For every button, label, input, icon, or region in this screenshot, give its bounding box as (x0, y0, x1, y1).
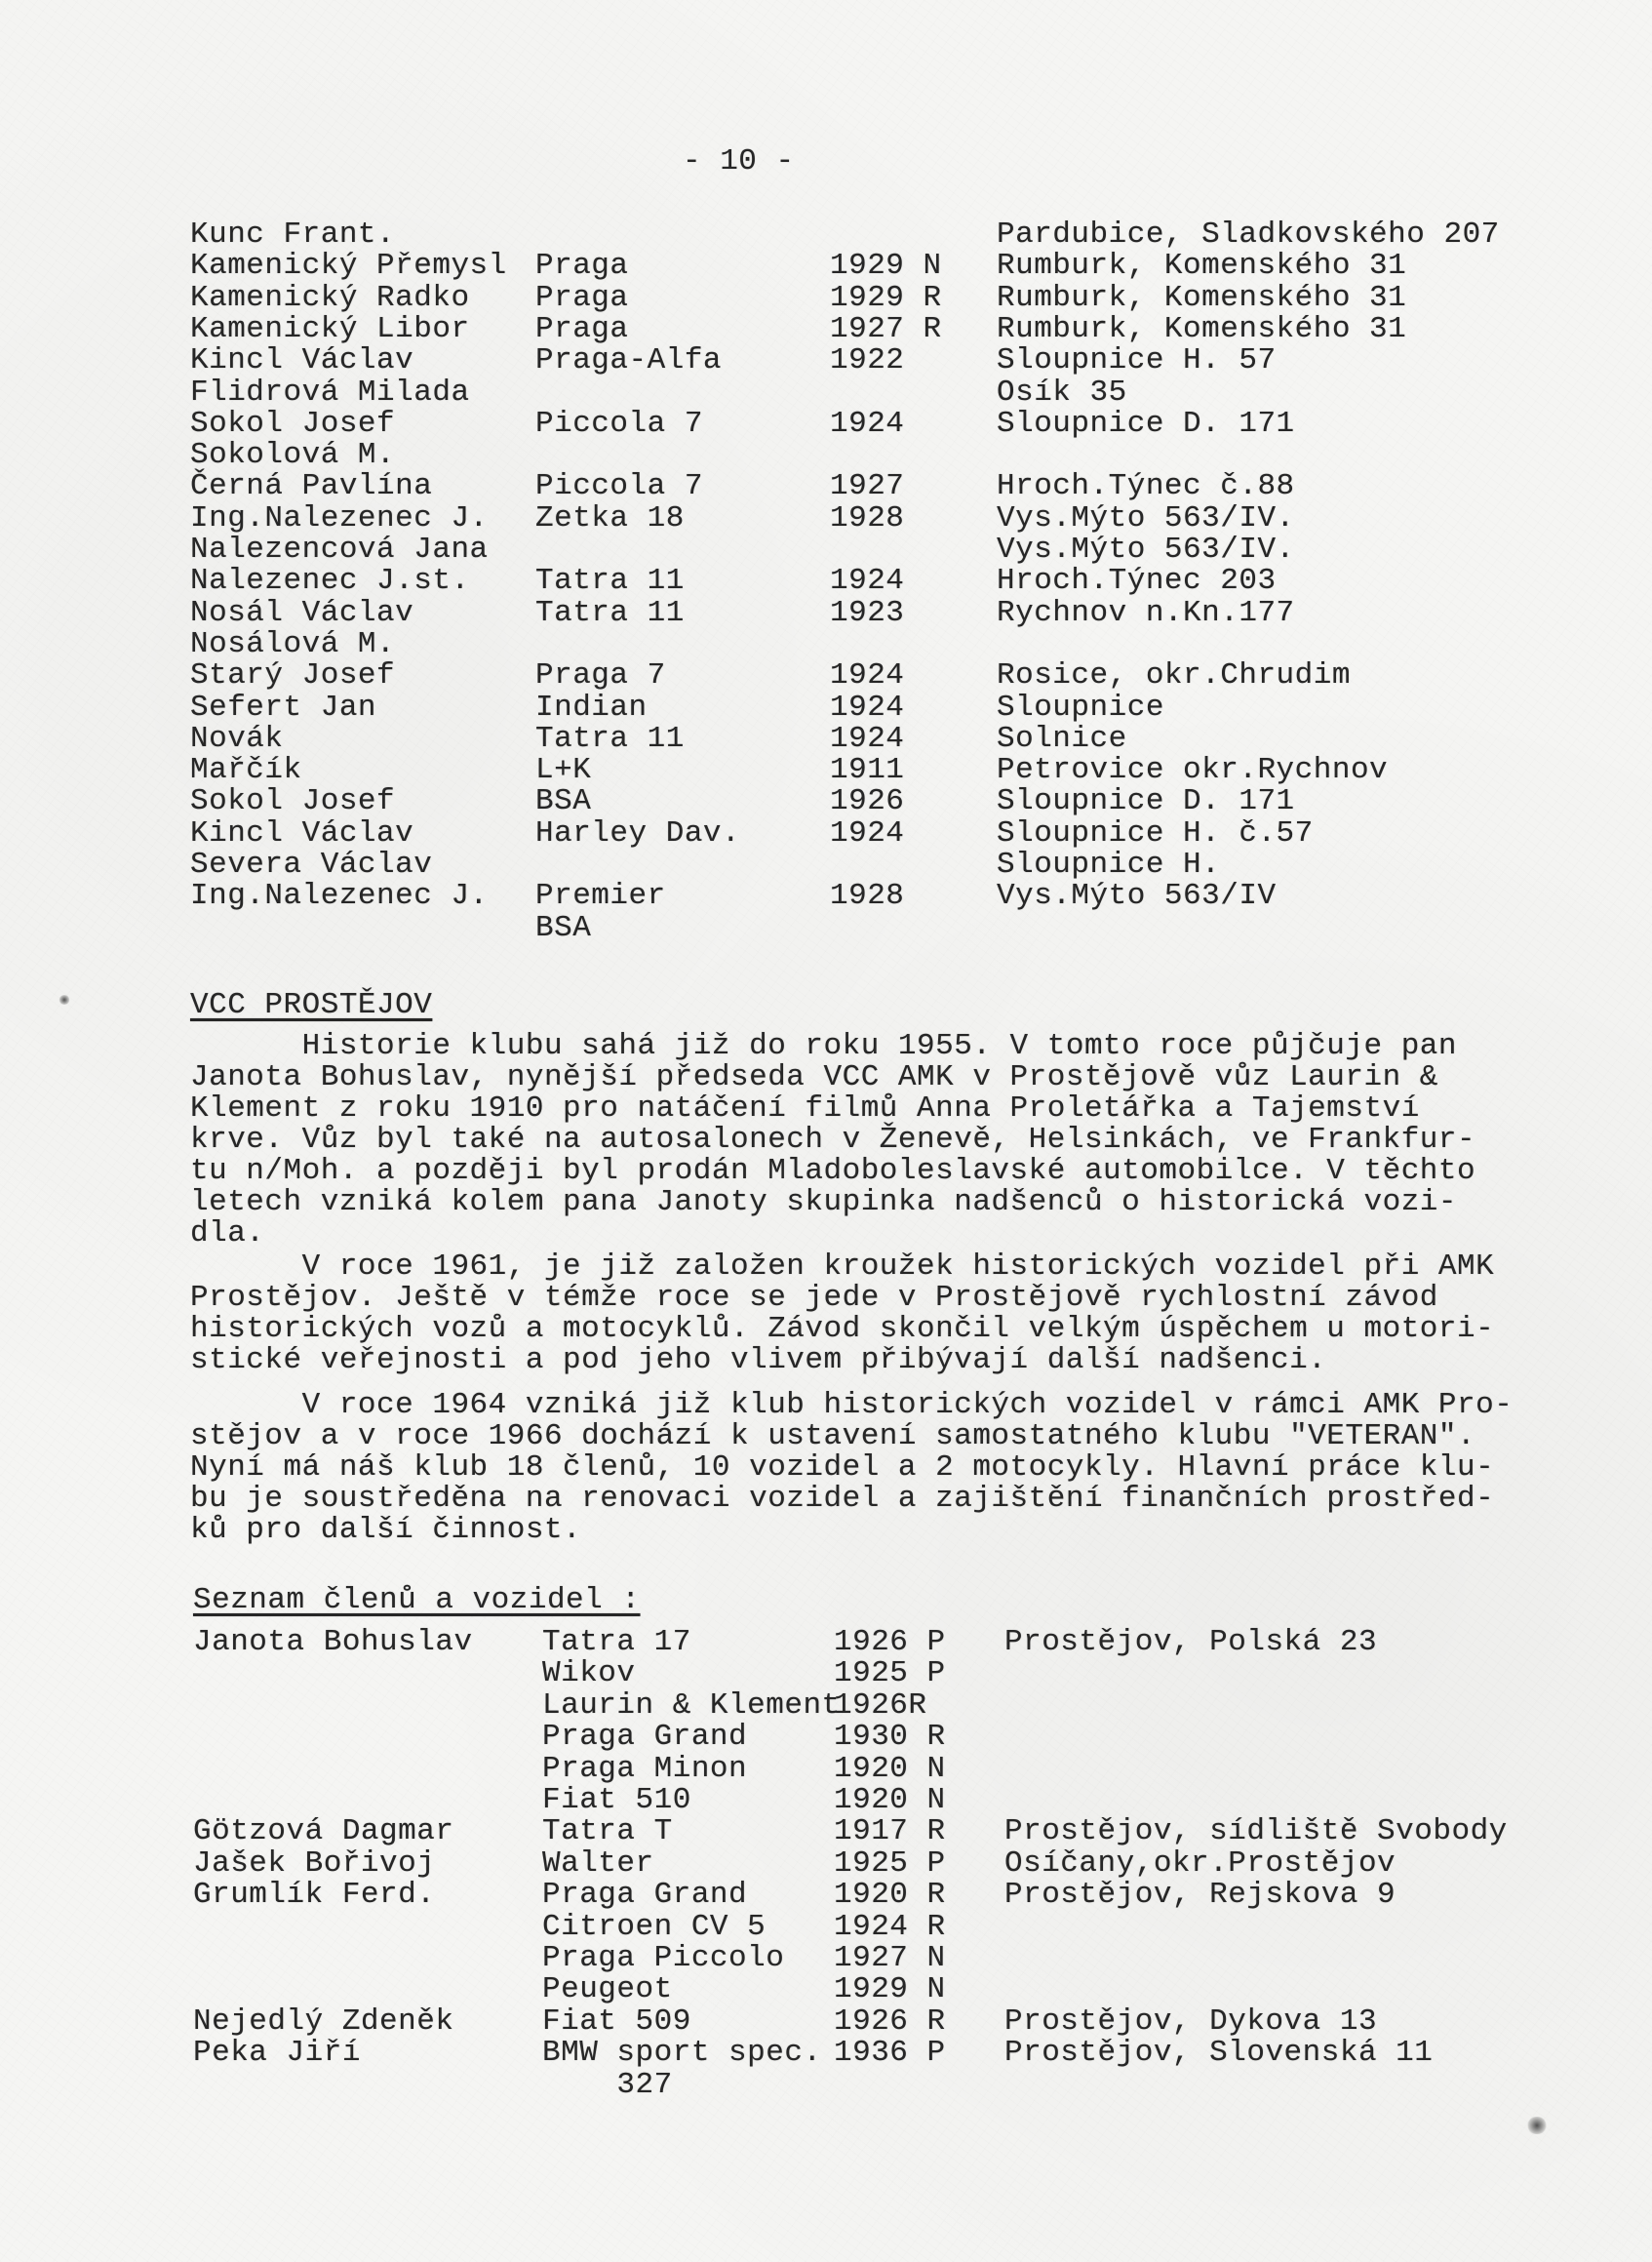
table-row: Fiat 5101920 N (0, 1785, 1652, 1816)
paragraph-line: Janota Bohuslav, nynější předseda VCC AM… (190, 1062, 1516, 1093)
cell-vehicle: Piccola 7 (535, 409, 703, 440)
member-vehicle: Praga Piccolo (542, 1943, 784, 1974)
cell-vehicle: BSA (535, 786, 591, 817)
member-list-heading: Seznam členů a vozidel : (193, 1585, 640, 1616)
member-address: Prostějov, Dykova 13 (1004, 2006, 1377, 2038)
cell-address: Vys.Mýto 563/IV. (997, 503, 1295, 535)
cell-year: 1924 (830, 566, 904, 597)
member-vehicle: Wikov (542, 1658, 636, 1689)
table-row: Nalezencová JanaVys.Mýto 563/IV. (0, 535, 1652, 566)
cell-address: Rumburk, Komenského 31 (997, 283, 1406, 314)
table-row: Kamenický RadkoPraga1929 RRumburk, Komen… (0, 283, 1652, 314)
history-paragraph-2: V roce 1961, je již založen kroužek hist… (190, 1251, 1516, 1376)
paragraph-line: bu je soustředěna na renovaci vozidel a … (190, 1484, 1516, 1515)
paragraph-line: dla. (190, 1218, 1516, 1250)
member-name: Grumlík Ferd. (193, 1880, 435, 1911)
table-row: NovákTatra 111924Solnice (0, 724, 1652, 755)
cell-vehicle: Zetka 18 (535, 503, 685, 535)
cell-address: Rumburk, Komenského 31 (997, 314, 1406, 345)
table-row: Starý JosefPraga 71924Rosice, okr.Chrudi… (0, 660, 1652, 692)
paragraph-line: Prostějov. Ještě v témže roce se jede v … (190, 1283, 1516, 1314)
paragraph-line: stické veřejnosti a pod jeho vlivem přib… (190, 1345, 1516, 1376)
member-year: 1925 P (834, 1658, 946, 1689)
table-row: Severa VáclavSloupnice H. (0, 850, 1652, 881)
table-row: Nejedlý ZdeněkFiat 5091926 RProstějov, D… (0, 2006, 1652, 2038)
member-year: 1936 P (834, 2038, 946, 2069)
cell-address: Pardubice, Sladkovského 207 (997, 219, 1500, 251)
table-row: Kincl VáclavPraga-Alfa1922Sloupnice H. 5… (0, 345, 1652, 377)
cell-name: Sokolová M. (190, 440, 395, 471)
cell-name: Kamenický Přemysl (190, 251, 507, 282)
paragraph-line: Nyní má náš klub 18 členů, 10 vozidel a … (190, 1452, 1516, 1484)
member-address: Prostějov, sídliště Svobody (1004, 1816, 1508, 1847)
table-row: Peka JiříBMW sport spec.1936 PProstějov,… (0, 2038, 1652, 2069)
member-name: Peka Jiří (193, 2038, 361, 2069)
cell-year: 1927 (830, 471, 904, 502)
section-heading: VCC PROSTĚJOV (190, 990, 432, 1021)
paragraph-line: Klement z roku 1910 pro natáčení filmů A… (190, 1093, 1516, 1125)
cell-name: Sokol Josef (190, 786, 395, 817)
member-year: 1930 R (834, 1722, 946, 1753)
cell-address: Solnice (997, 724, 1127, 755)
member-vehicle: BMW sport spec. (542, 2038, 822, 2069)
cell-name: Kincl Václav (190, 818, 413, 850)
member-address: Prostějov, Polská 23 (1004, 1627, 1377, 1658)
cell-name: Kunc Frant. (190, 219, 395, 251)
history-paragraph-3: V roce 1964 vzniká již klub historických… (190, 1390, 1516, 1546)
member-address: Osíčany,okr.Prostějov (1004, 1848, 1396, 1880)
cell-name: Mařčík (190, 755, 302, 786)
ink-speck (1526, 2117, 1548, 2134)
cell-vehicle: Praga 7 (535, 660, 666, 692)
cell-year: 1929 N (830, 251, 942, 282)
member-address: Prostějov, Slovenská 11 (1004, 2038, 1433, 2069)
table-row: Kunc Frant.Pardubice, Sladkovského 207 (0, 219, 1652, 251)
cell-address: Sloupnice H. 57 (997, 345, 1277, 377)
cell-name: Starý Josef (190, 660, 395, 692)
cell-name: Ing.Nalezenec J. (190, 503, 489, 535)
table-row: 327 (0, 2070, 1652, 2101)
table-row: Nosál VáclavTatra 111923Rychnov n.Kn.177 (0, 598, 1652, 629)
table-row: Jašek BořivojWalter1925 POsíčany,okr.Pro… (0, 1848, 1652, 1880)
cell-year: 1924 (830, 724, 904, 755)
table-row: MařčíkL+K1911Petrovice okr.Rychnov (0, 755, 1652, 786)
cell-address: Sloupnice H. č.57 (997, 818, 1314, 850)
cell-name: Flidrová Milada (190, 377, 470, 409)
paragraph-line: V roce 1961, je již založen kroužek hist… (190, 1251, 1516, 1283)
cell-address: Rychnov n.Kn.177 (997, 598, 1295, 629)
member-year: 1926 P (834, 1627, 946, 1658)
table-row: Sokol JosefPiccola 71924Sloupnice D. 171 (0, 409, 1652, 440)
cell-address: Sloupnice (997, 693, 1164, 724)
table-row: Kincl VáclavHarley Dav.1924Sloupnice H. … (0, 818, 1652, 850)
cell-name: Sefert Jan (190, 693, 376, 724)
table-row: Peugeot1929 N (0, 1974, 1652, 2005)
cell-vehicle: Tatra 11 (535, 598, 685, 629)
cell-name: Nalezenec J.st. (190, 566, 470, 597)
cell-vehicle: Praga-Alfa (535, 345, 722, 377)
member-year: 1927 N (834, 1943, 946, 1974)
table-row: Praga Grand1930 R (0, 1722, 1652, 1753)
cell-name: Kincl Václav (190, 345, 413, 377)
member-address: Prostějov, Rejskova 9 (1004, 1880, 1396, 1911)
member-year: 1920 N (834, 1754, 946, 1785)
cell-vehicle: Praga (535, 251, 629, 282)
paragraph-line: tu n/Moh. a později byl prodán Mladobole… (190, 1156, 1516, 1187)
cell-year: 1926 (830, 786, 904, 817)
cell-vehicle: Piccola 7 (535, 471, 703, 502)
member-year: 1917 R (834, 1816, 946, 1847)
cell-name: Nalezencová Jana (190, 535, 489, 566)
table-row: Ing.Nalezenec J.Zetka 181928Vys.Mýto 563… (0, 503, 1652, 535)
cell-address: Sloupnice H. (997, 850, 1220, 881)
table-row: Janota BohuslavTatra 171926 PProstějov, … (0, 1627, 1652, 1658)
member-year: 1920 N (834, 1785, 946, 1816)
member-vehicle: Fiat 509 (542, 2006, 691, 2038)
member-year: 1926R (834, 1690, 927, 1722)
table-row: Grumlík Ferd.Praga Grand1920 RProstějov,… (0, 1880, 1652, 1911)
cell-year: 1924 (830, 818, 904, 850)
cell-address: Sloupnice D. 171 (997, 786, 1295, 817)
cell-name: Kamenický Radko (190, 283, 470, 314)
table-row: Flidrová MiladaOsík 35 (0, 377, 1652, 409)
cell-vehicle: Premier (535, 881, 666, 912)
member-year: 1925 P (834, 1848, 946, 1880)
table-row: Nosálová M. (0, 629, 1652, 660)
cell-vehicle: Harley Dav. (535, 818, 740, 850)
table-row: Černá PavlínaPiccola 71927Hroch.Týnec č.… (0, 471, 1652, 502)
member-vehicle: Citroen CV 5 (542, 1912, 766, 1943)
table-row: BSA (0, 913, 1652, 944)
table-row: Kamenický PřemyslPraga1929 NRumburk, Kom… (0, 251, 1652, 282)
cell-address: Sloupnice D. 171 (997, 409, 1295, 440)
cell-address: Rumburk, Komenského 31 (997, 251, 1406, 282)
member-name: Janota Bohuslav (193, 1627, 473, 1658)
cell-address: Vys.Mýto 563/IV (997, 881, 1277, 912)
cell-year: 1924 (830, 660, 904, 692)
cell-name: Sokol Josef (190, 409, 395, 440)
member-vehicle: Peugeot (542, 1974, 673, 2005)
ink-speck (59, 995, 70, 1005)
table-row: Sokolová M. (0, 440, 1652, 471)
member-name: Jašek Bořivoj (193, 1848, 435, 1880)
table-row: Kamenický LiborPraga1927 RRumburk, Komen… (0, 314, 1652, 345)
cell-vehicle: Tatra 11 (535, 566, 685, 597)
table-row: Praga Piccolo1927 N (0, 1943, 1652, 1974)
cell-address: Petrovice okr.Rychnov (997, 755, 1388, 786)
cell-vehicle: Praga (535, 314, 629, 345)
cell-name: Černá Pavlína (190, 471, 432, 502)
table-row: Laurin & Klement1926R (0, 1690, 1652, 1722)
table-row: Praga Minon1920 N (0, 1754, 1652, 1785)
member-vehicle: Laurin & Klement (542, 1690, 841, 1722)
member-vehicle: Praga Minon (542, 1754, 747, 1785)
paragraph-line: letech vzniká kolem pana Janoty skupinka… (190, 1187, 1516, 1218)
cell-year: 1924 (830, 693, 904, 724)
history-paragraph-1: Historie klubu sahá již do roku 1955. V … (190, 1031, 1516, 1250)
cell-vehicle: Praga (535, 283, 629, 314)
cell-year: 1923 (830, 598, 904, 629)
page-number: - 10 - (683, 146, 795, 178)
table-row: Wikov1925 P (0, 1658, 1652, 1689)
cell-address: Osík 35 (997, 377, 1127, 409)
member-year: 1924 R (834, 1912, 946, 1943)
cell-year: 1928 (830, 503, 904, 535)
cell-year: 1911 (830, 755, 904, 786)
cell-address: Hroch.Týnec č.88 (997, 471, 1295, 502)
table-row: Citroen CV 51924 R (0, 1912, 1652, 1943)
table-row: Sefert JanIndian1924Sloupnice (0, 693, 1652, 724)
table-row: Götzová DagmarTatra T1917 RProstějov, sí… (0, 1816, 1652, 1847)
cell-vehicle: Tatra 11 (535, 724, 685, 755)
cell-name: Severa Václav (190, 850, 432, 881)
member-vehicle: Fiat 510 (542, 1785, 691, 1816)
table-row: Ing.Nalezenec J.Premier1928Vys.Mýto 563/… (0, 881, 1652, 912)
paragraph-line: Historie klubu sahá již do roku 1955. V … (190, 1031, 1516, 1062)
cell-year: 1922 (830, 345, 904, 377)
member-vehicle: 327 (542, 2070, 673, 2101)
member-vehicle: Praga Grand (542, 1722, 747, 1753)
paragraph-line: ků pro další činnost. (190, 1515, 1516, 1546)
cell-name: Ing.Nalezenec J. (190, 881, 489, 912)
paragraph-line: stějov a v roce 1966 dochází k ustavení … (190, 1421, 1516, 1452)
cell-year: 1929 R (830, 283, 942, 314)
cell-address: Vys.Mýto 563/IV. (997, 535, 1295, 566)
cell-name: Nosálová M. (190, 629, 395, 660)
member-name: Götzová Dagmar (193, 1816, 453, 1847)
paragraph-line: historických vozů a motocyklů. Závod sko… (190, 1314, 1516, 1345)
paragraph-line: krve. Vůz byl také na autosalonech v Žen… (190, 1125, 1516, 1156)
member-vehicle: Praga Grand (542, 1880, 747, 1911)
member-year: 1926 R (834, 2006, 946, 2038)
table-row: Nalezenec J.st.Tatra 111924Hroch.Týnec 2… (0, 566, 1652, 597)
member-name: Nejedlý Zdeněk (193, 2006, 453, 2038)
cell-name: Novák (190, 724, 284, 755)
member-vehicle: Tatra T (542, 1816, 673, 1847)
cell-year: 1927 R (830, 314, 942, 345)
member-vehicle: Walter (542, 1848, 654, 1880)
cell-vehicle: L+K (535, 755, 591, 786)
member-year: 1929 N (834, 1974, 946, 2005)
cell-year: 1924 (830, 409, 904, 440)
cell-address: Rosice, okr.Chrudim (997, 660, 1351, 692)
cell-name: Nosál Václav (190, 598, 413, 629)
cell-name: Kamenický Libor (190, 314, 470, 345)
member-vehicle: Tatra 17 (542, 1627, 691, 1658)
cell-vehicle: BSA (535, 913, 591, 944)
cell-vehicle: Indian (535, 693, 648, 724)
cell-address: Hroch.Týnec 203 (997, 566, 1277, 597)
member-year: 1920 R (834, 1880, 946, 1911)
table-row: Sokol JosefBSA1926Sloupnice D. 171 (0, 786, 1652, 817)
cell-year: 1928 (830, 881, 904, 912)
paragraph-line: V roce 1964 vzniká již klub historických… (190, 1390, 1516, 1421)
